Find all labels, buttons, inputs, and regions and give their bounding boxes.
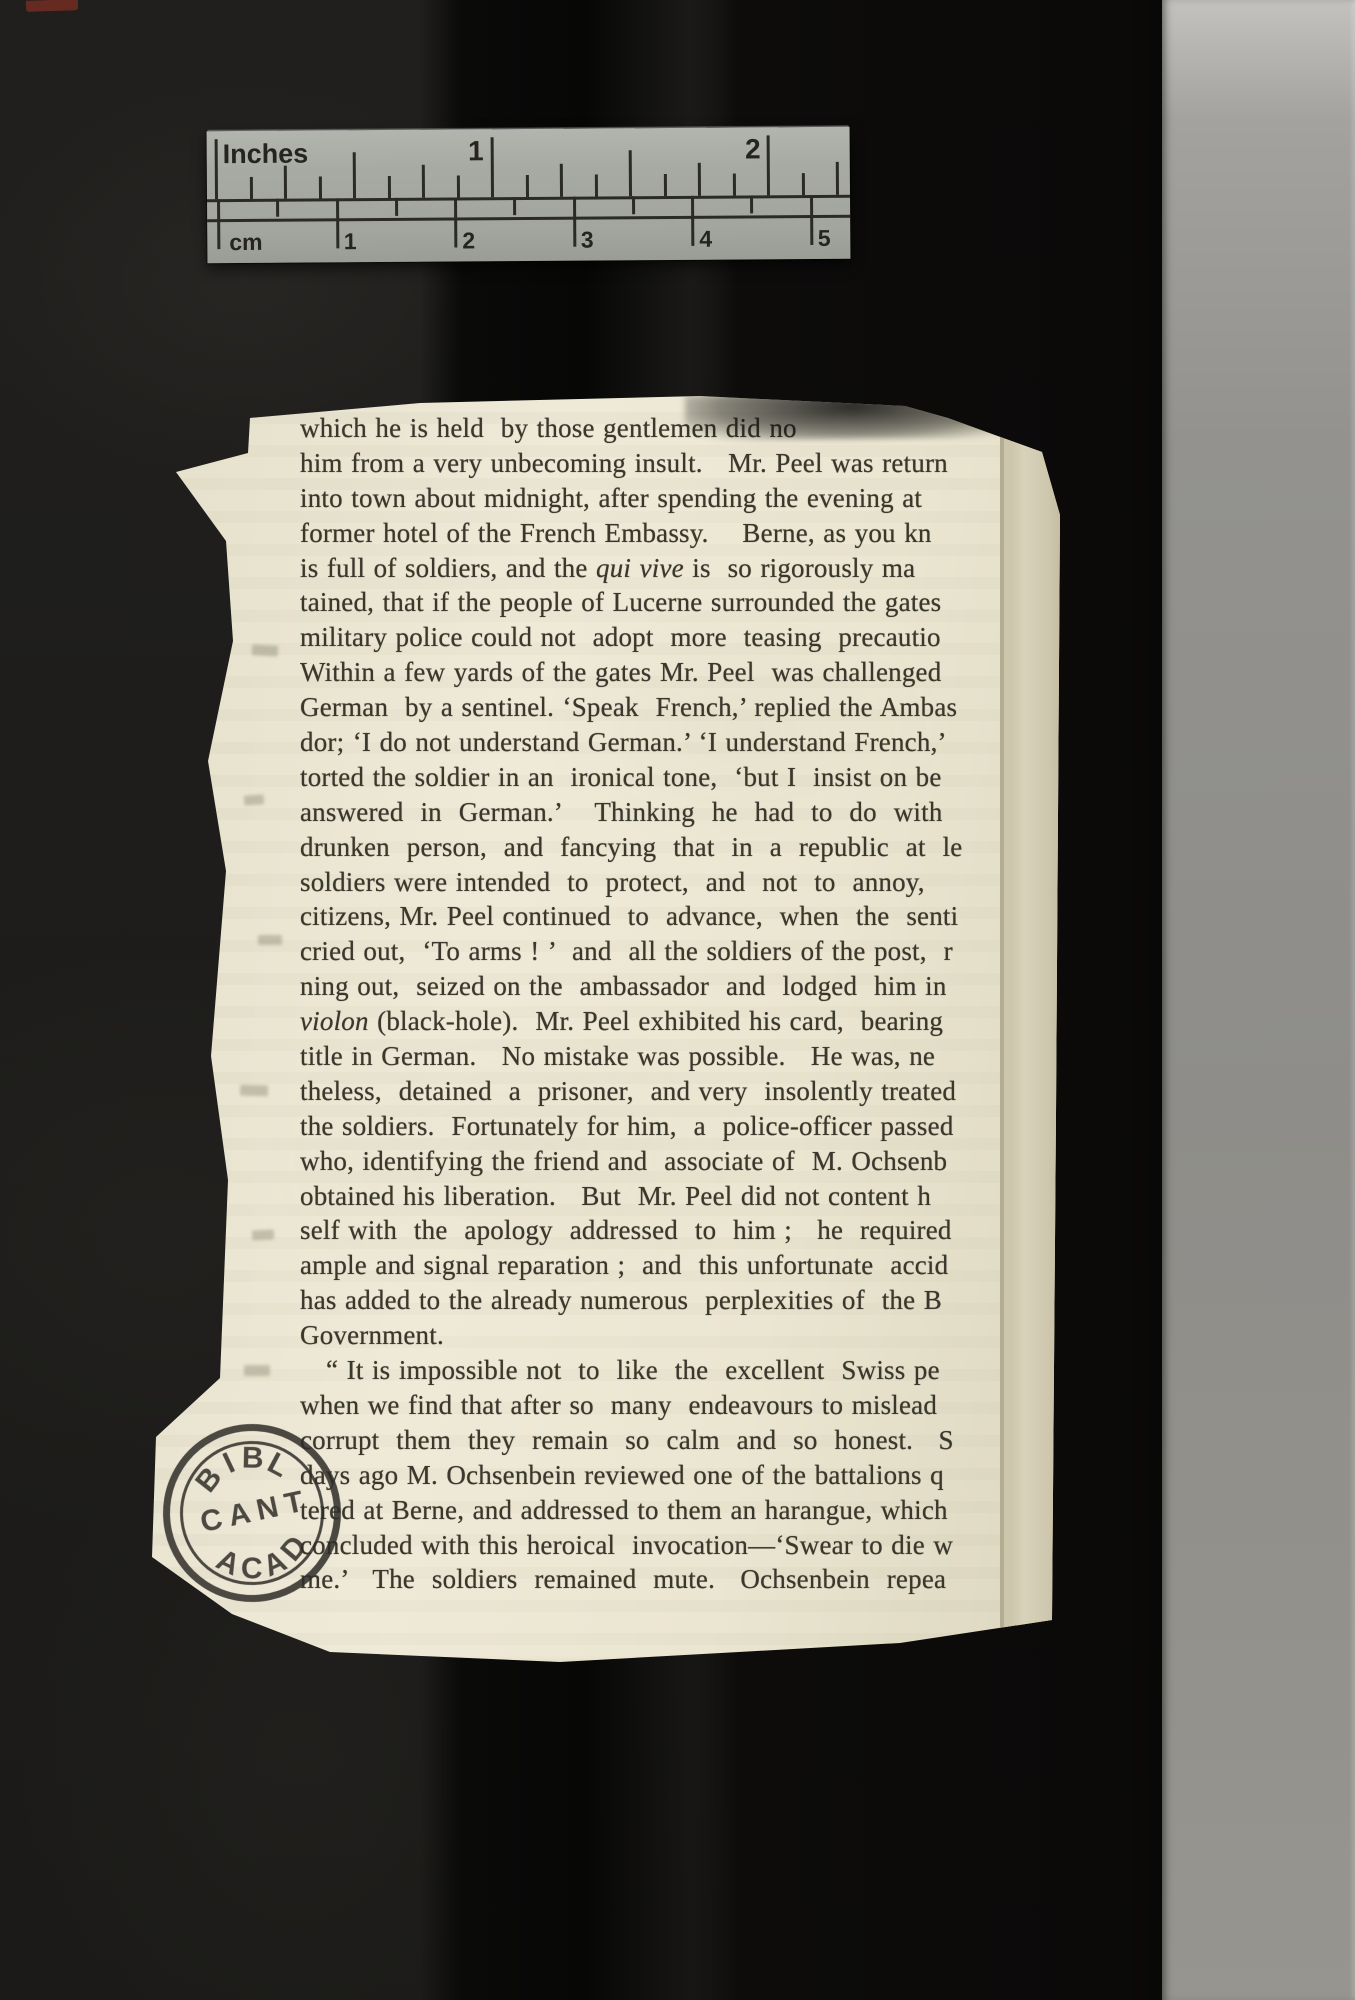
inch-tick bbox=[249, 177, 252, 199]
text-line: me.’ The soldiers remained mute. Ochsenb… bbox=[300, 1562, 1002, 1597]
text-line: tained, that if the people of Lucerne su… bbox=[300, 585, 1002, 620]
measuring-ruler: Inches cm 1212345 bbox=[207, 127, 851, 263]
inch-tick bbox=[456, 175, 459, 197]
text-segment: him from a very unbecoming insult. Mr. P… bbox=[300, 448, 948, 478]
text-segment: days ago M. Ochsenbein reviewed one of t… bbox=[300, 1460, 944, 1490]
text-segment: self with the apology addressed to him ;… bbox=[300, 1215, 952, 1245]
margin-smudge bbox=[258, 935, 282, 945]
margin-smudge bbox=[240, 1085, 268, 1097]
ruler-inches-label: Inches bbox=[223, 139, 309, 171]
text-segment: obtained his liberation. But Mr. Peel di… bbox=[300, 1181, 931, 1211]
text-segment: Within a few yards of the gates Mr. Peel… bbox=[300, 657, 941, 687]
inch-number: 1 bbox=[464, 135, 484, 167]
inch-tick bbox=[215, 139, 218, 199]
inch-tick bbox=[594, 175, 597, 197]
text-segment: title in German. No mistake was possible… bbox=[300, 1041, 935, 1071]
text-segment: me.’ The soldiers remained mute. Ochsenb… bbox=[300, 1564, 946, 1594]
text-segment: tered at Berne, and addressed to them an… bbox=[300, 1495, 948, 1525]
cm-number: 5 bbox=[818, 225, 831, 252]
text-line: soldiers were intended to protect, and n… bbox=[300, 865, 1002, 900]
text-segment: who, identifying the friend and associat… bbox=[300, 1146, 947, 1176]
text-segment: concluded with this heroical invocation—… bbox=[300, 1530, 953, 1560]
cm-tick bbox=[217, 199, 220, 249]
text-line: former hotel of the French Embassy. Bern… bbox=[300, 516, 1002, 551]
text-segment: tained, that if the people of Lucerne su… bbox=[300, 587, 941, 617]
text-line: Government. bbox=[300, 1318, 1002, 1353]
text-segment: the soldiers. Fortunately for him, a pol… bbox=[300, 1111, 954, 1141]
inch-tick bbox=[767, 135, 770, 195]
inch-tick bbox=[284, 166, 287, 199]
text-segment: corrupt them they remain so calm and so … bbox=[300, 1425, 954, 1455]
cm-tick bbox=[810, 195, 813, 245]
cm-tick bbox=[691, 196, 694, 246]
ruler-cm-label: cm bbox=[229, 229, 262, 256]
inch-tick bbox=[663, 174, 666, 196]
text-segment: torted the soldier in an ironical tone, … bbox=[300, 762, 942, 792]
text-segment: drunken person, and fancying that in a r… bbox=[300, 832, 962, 862]
text-segment: dor; ‘I do not understand German.’ ‘I un… bbox=[300, 727, 947, 757]
ruler-baseline bbox=[207, 195, 850, 202]
text-segment: is full of soldiers, and the bbox=[300, 553, 596, 583]
inch-tick bbox=[422, 165, 425, 198]
inch-tick bbox=[491, 137, 494, 197]
text-line: drunken person, and fancying that in a r… bbox=[300, 830, 1002, 865]
inch-tick bbox=[698, 163, 701, 196]
inch-tick bbox=[801, 173, 804, 195]
text-segment: German by a sentinel. ‘Speak French,’ re… bbox=[300, 692, 957, 722]
text-line: title in German. No mistake was possible… bbox=[300, 1039, 1002, 1074]
text-line: violon (black-hole). Mr. Peel exhibited … bbox=[300, 1004, 1002, 1039]
photograph-scene: Inches cm 1212345 which he is held by th… bbox=[0, 0, 1355, 2000]
margin-smudge bbox=[244, 1365, 270, 1376]
text-segment: ning out, seized on the ambassador and l… bbox=[300, 971, 947, 1001]
cm-tick bbox=[395, 198, 398, 216]
clipping-text: which he is held by those gentlemen did … bbox=[300, 411, 1002, 1623]
text-segment: citizens, Mr. Peel continued to advance,… bbox=[300, 901, 958, 931]
text-segment: when we find that after so many endeavou… bbox=[300, 1390, 937, 1420]
text-line: Within a few yards of the gates Mr. Peel… bbox=[300, 655, 1002, 690]
cm-tick bbox=[750, 195, 753, 213]
text-segment: soldiers were intended to protect, and n… bbox=[300, 867, 925, 897]
cm-tick bbox=[276, 199, 279, 217]
text-line: “ It is impossible not to like the excel… bbox=[300, 1353, 1002, 1388]
stamp-letter: B bbox=[242, 1442, 264, 1476]
wall-strip bbox=[1162, 0, 1355, 2000]
inch-tick bbox=[353, 152, 356, 198]
inch-tick bbox=[629, 150, 632, 196]
inch-number: 2 bbox=[741, 133, 761, 165]
text-line: days ago M. Ochsenbein reviewed one of t… bbox=[300, 1458, 1002, 1493]
text-line: concluded with this heroical invocation—… bbox=[300, 1528, 1002, 1563]
text-line: ning out, seized on the ambassador and l… bbox=[300, 969, 1002, 1004]
red-label-fragment bbox=[26, 0, 78, 12]
text-segment: former hotel of the French Embassy. Bern… bbox=[300, 518, 932, 548]
margin-smudge bbox=[252, 1229, 274, 1240]
text-line: ample and signal reparation ; and this u… bbox=[300, 1248, 1002, 1283]
text-line: tered at Berne, and addressed to them an… bbox=[300, 1493, 1002, 1528]
inch-tick bbox=[525, 175, 528, 197]
text-line: is full of soldiers, and the qui vive is… bbox=[300, 551, 1002, 586]
text-line: into town about midnight, after spending… bbox=[300, 481, 1002, 516]
cm-number: 4 bbox=[699, 226, 712, 253]
ruler-cm-line bbox=[207, 215, 850, 222]
inch-tick bbox=[387, 176, 390, 198]
text-segment: has added to the already numerous perple… bbox=[300, 1285, 942, 1315]
text-line: cried out, ‘To arms ! ’ and all the sold… bbox=[300, 934, 1002, 969]
italic-text-segment: qui vive bbox=[596, 553, 684, 583]
text-segment: military police could not adopt more tea… bbox=[300, 622, 941, 652]
inch-tick bbox=[732, 174, 735, 196]
margin-smudge bbox=[252, 644, 279, 656]
cm-number: 2 bbox=[462, 227, 475, 254]
text-line: him from a very unbecoming insult. Mr. P… bbox=[300, 446, 1002, 481]
inch-tick bbox=[318, 176, 321, 198]
cm-tick bbox=[513, 197, 516, 215]
text-line: torted the soldier in an ironical tone, … bbox=[300, 760, 1002, 795]
cm-number: 1 bbox=[344, 228, 357, 255]
text-segment: answered in German.’ Thinking he had to … bbox=[300, 797, 943, 827]
italic-text-segment: violon bbox=[300, 1006, 369, 1036]
text-line: who, identifying the friend and associat… bbox=[300, 1144, 1002, 1179]
margin-smudge bbox=[244, 794, 265, 805]
text-segment: Government. bbox=[300, 1320, 444, 1350]
text-segment: ample and signal reparation ; and this u… bbox=[300, 1250, 948, 1280]
inch-tick bbox=[560, 164, 563, 197]
text-line: the soldiers. Fortunately for him, a pol… bbox=[300, 1109, 1002, 1144]
text-line: citizens, Mr. Peel continued to advance,… bbox=[300, 899, 1002, 934]
text-segment: (black-hole). Mr. Peel exhibited his car… bbox=[369, 1006, 943, 1036]
cm-tick bbox=[336, 198, 339, 248]
text-line: theless, detained a prisoner, and very i… bbox=[300, 1074, 1002, 1109]
text-line: corrupt them they remain so calm and so … bbox=[300, 1423, 1002, 1458]
text-line: answered in German.’ Thinking he had to … bbox=[300, 795, 1002, 830]
text-line: when we find that after so many endeavou… bbox=[300, 1388, 1002, 1423]
text-line: military police could not adopt more tea… bbox=[300, 620, 1002, 655]
text-line: self with the apology addressed to him ;… bbox=[300, 1213, 1002, 1248]
text-line: has added to the already numerous perple… bbox=[300, 1283, 1002, 1318]
cm-tick bbox=[454, 197, 457, 247]
text-line: obtained his liberation. But Mr. Peel di… bbox=[300, 1179, 1002, 1214]
text-line: dor; ‘I do not understand German.’ ‘I un… bbox=[300, 725, 1002, 760]
text-segment: into town about midnight, after spending… bbox=[300, 483, 922, 513]
cm-tick bbox=[632, 196, 635, 214]
text-segment: theless, detained a prisoner, and very i… bbox=[300, 1076, 956, 1106]
cm-tick bbox=[573, 197, 576, 247]
text-line: German by a sentinel. ‘Speak French,’ re… bbox=[300, 690, 1002, 725]
newspaper-clipping: which he is held by those gentlemen did … bbox=[140, 325, 1070, 1670]
text-segment: is so rigorously ma bbox=[684, 553, 915, 583]
text-segment: cried out, ‘To arms ! ’ and all the sold… bbox=[300, 936, 953, 966]
text-segment: “ It is impossible not to like the excel… bbox=[326, 1355, 940, 1385]
inch-tick bbox=[836, 162, 839, 195]
cm-number: 3 bbox=[581, 227, 594, 254]
